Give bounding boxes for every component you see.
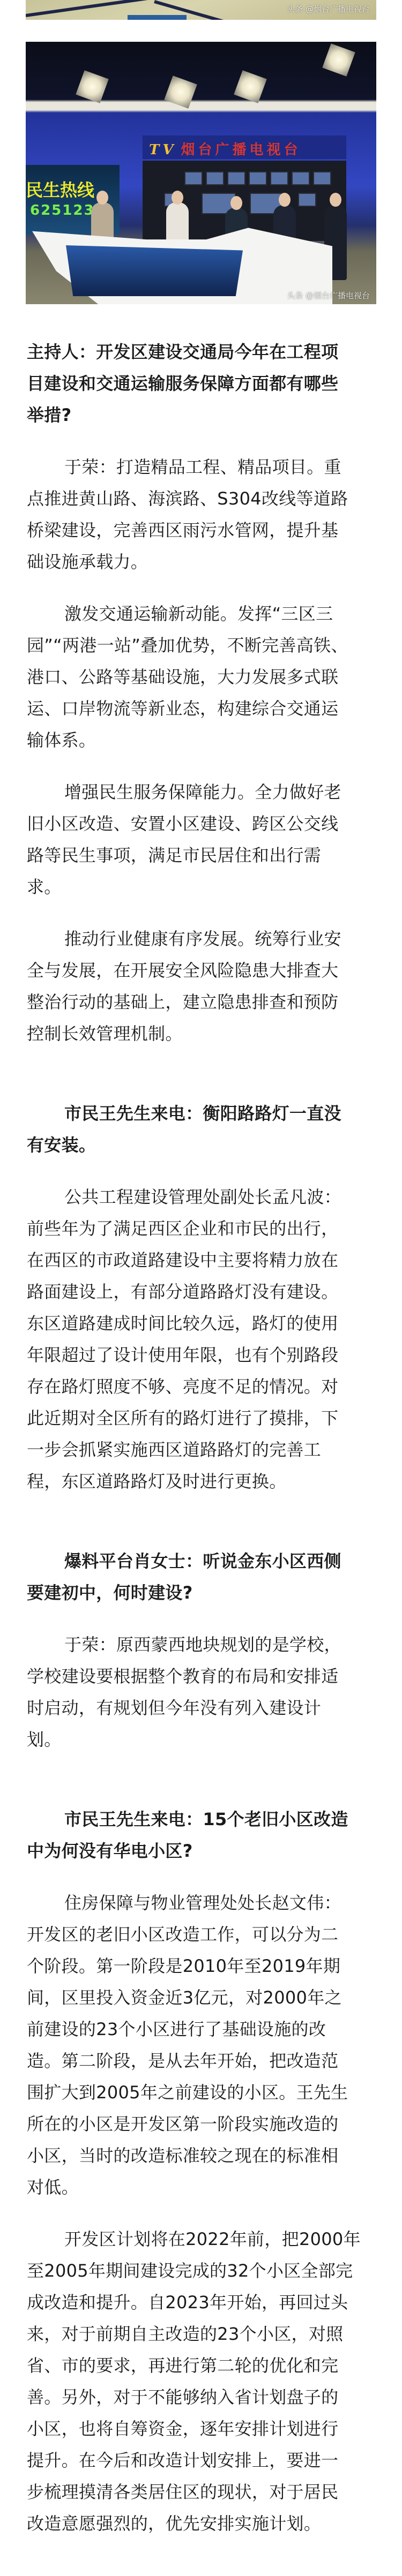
person-head: [96, 191, 108, 205]
answer-paragraph: 推动行业健康有序发展。统筹行业安 全与发展，在开展安全风险隐患大排查大 整治行动…: [27, 923, 376, 1050]
photo-watermark: 头条 @烟台广播电视台: [287, 3, 370, 14]
host-question: 主持人：开发区建设交通局今年在工程项 目建设和交通运输服务保障方面都有哪些 举措…: [27, 336, 376, 431]
answer-paragraph: 于荣：原西蒙西地块规划的是学校， 学校建设要根据整个教育的布局和安排适 时启动，…: [27, 1629, 376, 1756]
monitor-icon: [292, 171, 310, 185]
studio-screen: [128, 15, 187, 20]
article: 头条 @烟台广播电视台 TV烟台广播电视台 民生热线 6251234: [0, 0, 402, 2540]
hotline-title: 民生热线: [26, 177, 94, 201]
monitor-icon: [313, 171, 331, 185]
spacer: [27, 903, 376, 923]
article-body: 主持人：开发区建设交通局今年在工程项 目建设和交通运输服务保障方面都有哪些 举措…: [0, 336, 402, 2540]
spacer: [27, 1497, 376, 1546]
person-head: [330, 193, 341, 207]
spacer: [27, 2203, 376, 2224]
spacer: [27, 431, 376, 451]
caller-question: 爆料平台肖女士：听说金东小区西侧 要建初中，何时建设?: [27, 1546, 376, 1609]
person-head: [279, 193, 291, 207]
spacer: [0, 304, 402, 336]
spacer: [27, 578, 376, 598]
spacer: [27, 1050, 376, 1098]
monitor-icon: [270, 171, 288, 185]
answer-paragraph: 开发区计划将在2022年前，把2000年 至2005年期间建设完成的32个小区全…: [27, 2224, 376, 2540]
answer-paragraph: 公共工程建设管理处副处长孟凡波： 前些年为了满足西区企业和市民的出行， 在西区的…: [27, 1181, 376, 1497]
studio-photo-top: 头条 @烟台广播电视台: [26, 0, 376, 20]
station-logo-band: TV烟台广播电视台: [143, 135, 346, 159]
studio-photo-main: TV烟台广播电视台 民生热线 6251234: [26, 42, 376, 304]
answer-paragraph: 增强民生服务保障能力。全力做好老 旧小区改造、安置小区建设、跨区公交线 路等民生…: [27, 777, 376, 903]
answer-paragraph: 住房保障与物业管理处处长赵文伟： 开发区的老旧小区改造工作，可以分为二 个阶段。…: [27, 1887, 376, 2203]
station-logo: TV烟台广播电视台: [149, 139, 301, 159]
spacer: [27, 1756, 376, 1804]
person-head: [172, 191, 183, 205]
answer-paragraph: 于荣：打造精品工程、精品项目。重 点推进黄山路、海滨路、S304改线等道路 桥梁…: [27, 451, 376, 578]
monitor-icon: [249, 171, 267, 185]
monitor-icon: [298, 193, 316, 207]
ceiling-light-icon: [234, 70, 267, 103]
desk-skyline-panel: [66, 245, 243, 296]
monitor-icon: [227, 171, 245, 185]
spacer: [27, 1867, 376, 1887]
caller-question: 市民王先生来电：15个老旧小区改造 中为何没有华电小区?: [27, 1804, 376, 1867]
ceiling-light-icon: [322, 43, 355, 77]
monitor-icon: [184, 171, 203, 185]
caller-question: 市民王先生来电：衡阳路路灯一直没 有安装。: [27, 1098, 376, 1161]
tv-logo-icon: TV: [149, 142, 177, 158]
person-head: [230, 196, 242, 210]
monitor-icon: [206, 171, 224, 185]
photo-watermark: 头条 @烟台广播电视台: [287, 290, 370, 301]
answer-paragraph: 激发交通运输新动能。发挥“三区三 园”“两港一站”叠加优势，不断完善高铁、 港口…: [27, 598, 376, 756]
spacer: [27, 1609, 376, 1629]
ceiling-light-icon: [164, 76, 197, 109]
ceiling-light-icon: [76, 70, 109, 103]
spacer: [27, 756, 376, 777]
spacer: [27, 1161, 376, 1181]
